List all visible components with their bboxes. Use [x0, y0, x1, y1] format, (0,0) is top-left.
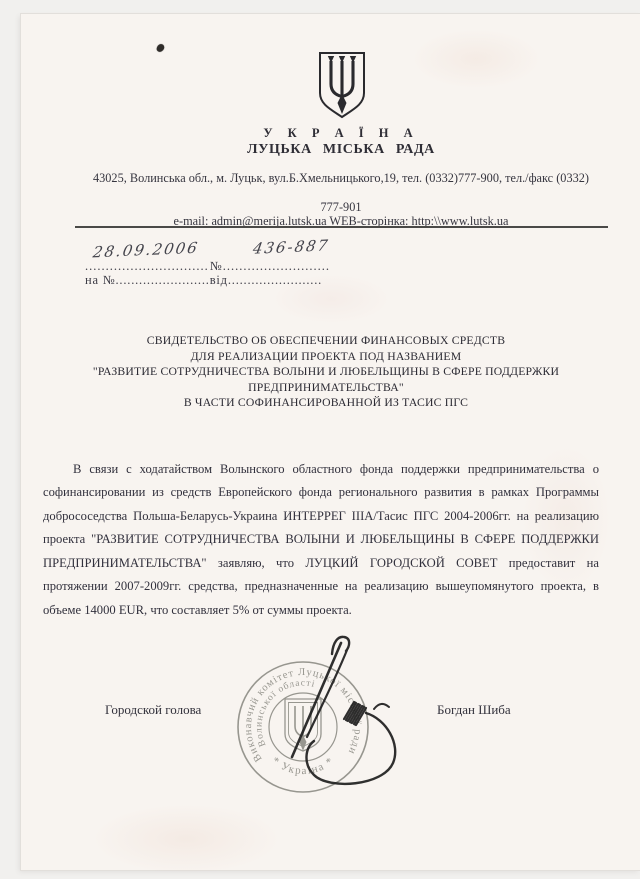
paper-stain: [411, 29, 541, 89]
scanned-document: У К Р А Ї Н А ЛУЦЬКА МІСЬКА РАДА 43025, …: [0, 0, 640, 879]
body-paragraph: В связи с ходатайством Волынского област…: [43, 458, 599, 622]
reply-reference-line: на №........................від.........…: [85, 273, 322, 288]
document-number-handwritten: 436-887: [252, 236, 331, 257]
title-line: В ЧАСТИ СОФИНАНСИРОВАННОЙ ИЗ ТАСИС ПГС: [27, 395, 625, 411]
ukraine-trident-icon: [317, 51, 367, 119]
body-line: протяжении 2007-2009гг. средства, предна…: [43, 575, 599, 598]
dotted-line: ..........................: [223, 259, 330, 273]
header-divider: [75, 226, 608, 228]
dotted-line: ........................: [116, 273, 210, 287]
address-block: 43025, Волинська обл., м. Луцьк, вул.Б.Х…: [42, 171, 640, 186]
address-line-1: 43025, Волинська обл., м. Луцьк, вул.Б.Х…: [42, 171, 640, 186]
ink-speck: [156, 43, 165, 53]
reply-mid: від: [210, 273, 228, 287]
date-number-line: ..............................№.........…: [85, 259, 330, 274]
title-line: ДЛЯ РЕАЛИЗАЦИИ ПРОЕКТА ПОД НАЗВАНИЕМ: [27, 349, 625, 365]
body-line: проекта "РАЗВИТИЕ СОТРУДНИЧЕСТВА ВОЛЫНИ …: [43, 528, 599, 551]
dotted-line: ........................: [228, 273, 322, 287]
council-name: ЛУЦЬКА МІСЬКА РАДА: [42, 142, 640, 158]
body-line: объеме 14000 EUR, что составляет 5% от с…: [43, 599, 599, 622]
title-line: СВИДЕТЕЛЬСТВО ОБ ОБЕСПЕЧЕНИИ ФИНАНСОВЫХ …: [27, 333, 625, 349]
body-line: ПРЕДПРИНИМАТЕЛЬСТВА" заявляю, что ЛУЦКИЙ…: [43, 552, 599, 575]
reply-prefix: на №: [85, 273, 116, 287]
signature-ink: [260, 620, 440, 805]
body-line: добрососедства Польша-Беларусь-Украина И…: [43, 505, 599, 528]
signatory-title: Городской голова: [105, 702, 201, 718]
dotted-line: ..............................: [85, 259, 209, 273]
body-line: В связи с ходатайством Волынского област…: [43, 458, 599, 481]
paper-stain: [91, 804, 281, 874]
address-line-2: 777-901: [42, 200, 640, 215]
country-name: У К Р А Ї Н А: [42, 126, 640, 141]
body-line: софинансировании из средств Европейского…: [43, 481, 599, 504]
title-line: ПРЕДПРИНИМАТЕЛЬСТВА": [27, 380, 625, 396]
document-title: СВИДЕТЕЛЬСТВО ОБ ОБЕСПЕЧЕНИИ ФИНАНСОВЫХ …: [27, 333, 625, 411]
title-line: "РАЗВИТИЕ СОТРУДНИЧЕСТВА ВОЛЫНИ И ЛЮБЕЛЬ…: [27, 364, 625, 380]
document-page: У К Р А Ї Н А ЛУЦЬКА МІСЬКА РАДА 43025, …: [21, 14, 640, 870]
signatory-name: Богдан Шиба: [437, 702, 511, 718]
number-sign: №: [209, 259, 223, 273]
document-date-handwritten: 28.09.2006: [92, 239, 201, 262]
